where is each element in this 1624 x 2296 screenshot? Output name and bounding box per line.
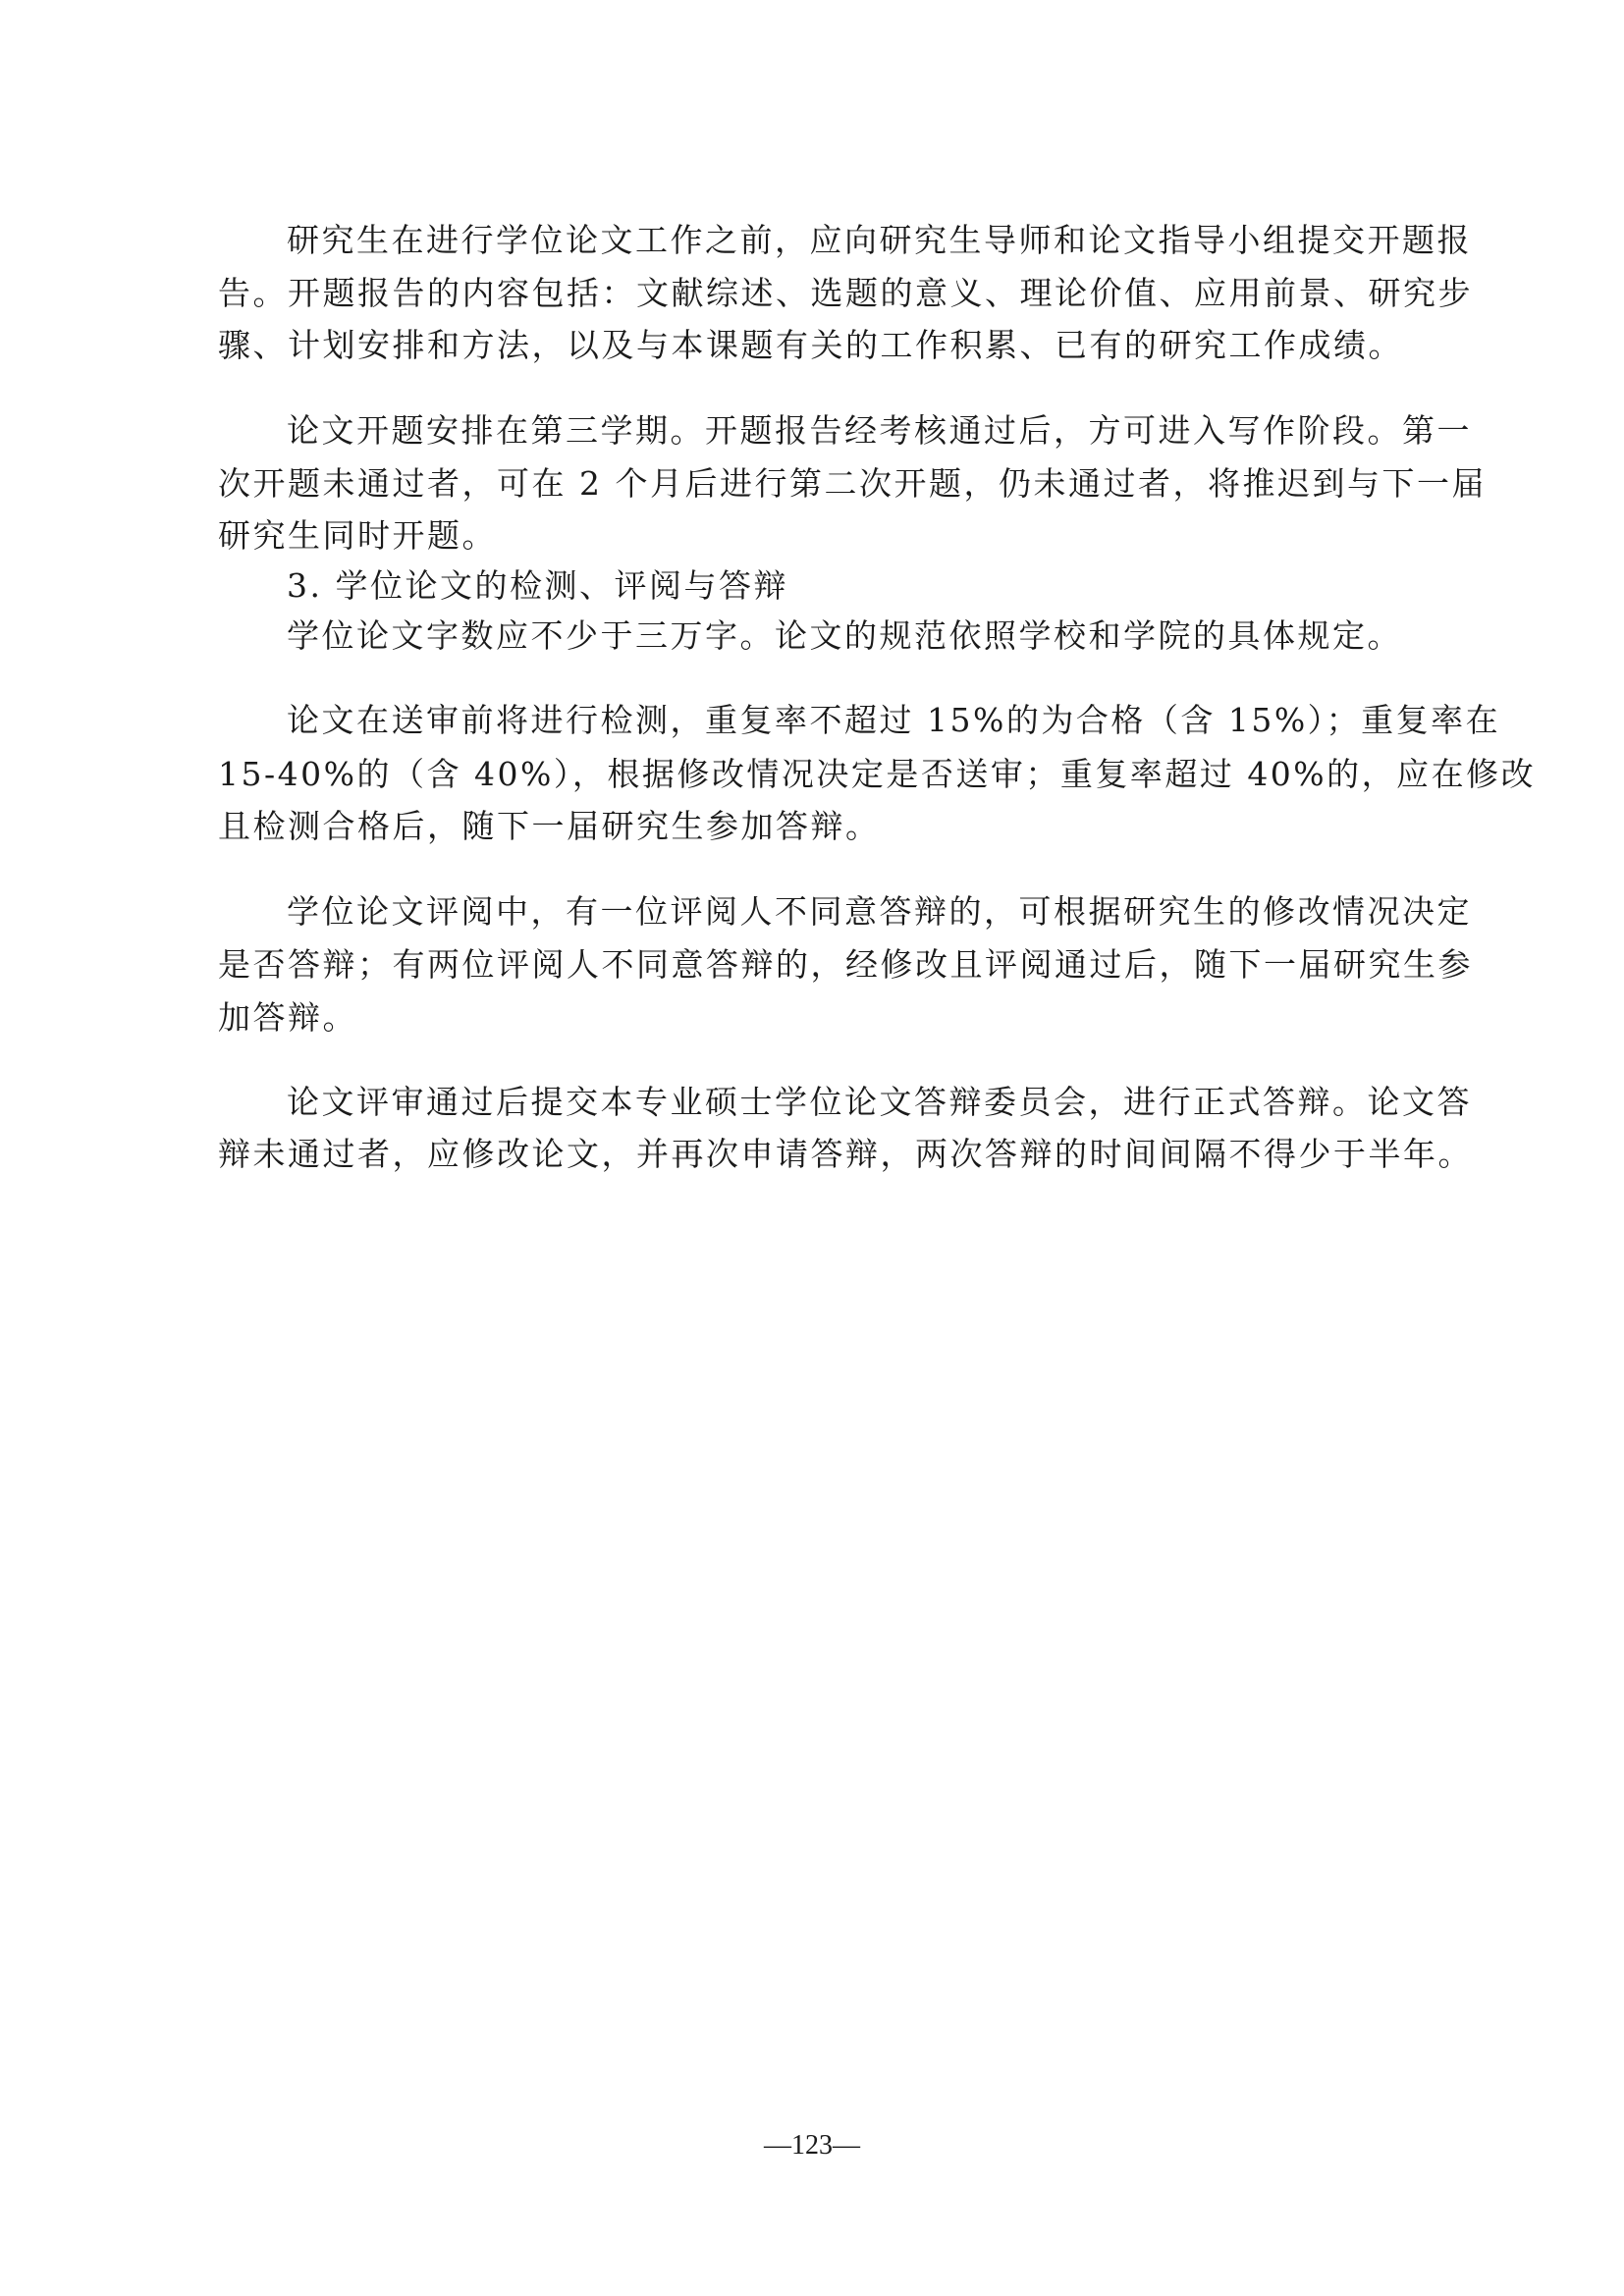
paragraph-line: 研究生在进行学位论文工作之前，应向研究生导师和论文指导小组提交开题报 [287,216,1465,265]
page-number: —123— [0,2126,1624,2165]
document-page: 研究生在进行学位论文工作之前，应向研究生导师和论文指导小组提交开题报 告。开题报… [0,0,1624,2296]
paragraph-line: 论文开题安排在第三学期。开题报告经考核通过后，方可进入写作阶段。第一 [287,406,1465,455]
paragraph-line: 论文评审通过后提交本专业硕士学位论文答辩委员会，进行正式答辩。论文答 [287,1078,1465,1127]
paragraph-line: 告。开题报告的内容包括：文献综述、选题的意义、理论价值、应用前景、研究步 [218,269,1396,318]
paragraph-line: 学位论文字数应不少于三万字。论文的规范依照学校和学院的具体规定。 [287,612,1465,661]
paragraph-line: 加答辩。 [218,993,1396,1042]
paragraph-line: 研究生同时开题。 [218,511,1396,561]
paragraph-line: 次开题未通过者，可在 2 个月后进行第二次开题，仍未通过者，将推迟到与下一届 [218,459,1396,508]
paragraph-line: 15-40%的（含 40%），根据修改情况决定是否送审；重复率超过 40%的，应… [218,750,1396,799]
paragraph-line: 学位论文评阅中，有一位评阅人不同意答辩的，可根据研究生的修改情况决定 [287,887,1465,936]
section-heading: 3. 学位论文的检测、评阅与答辩 [287,561,1465,611]
paragraph-line: 骤、计划安排和方法，以及与本课题有关的工作积累、已有的研究工作成绩。 [218,321,1396,370]
paragraph-line: 是否答辩；有两位评阅人不同意答辩的，经修改且评阅通过后，随下一届研究生参 [218,940,1396,989]
paragraph-line: 辩未通过者，应修改论文，并再次申请答辩，两次答辩的时间间隔不得少于半年。 [218,1130,1396,1179]
paragraph-line: 且检测合格后，随下一届研究生参加答辩。 [218,802,1396,851]
paragraph-line: 论文在送审前将进行检测，重复率不超过 15%的为合格（含 15%）；重复率在 [287,696,1465,745]
